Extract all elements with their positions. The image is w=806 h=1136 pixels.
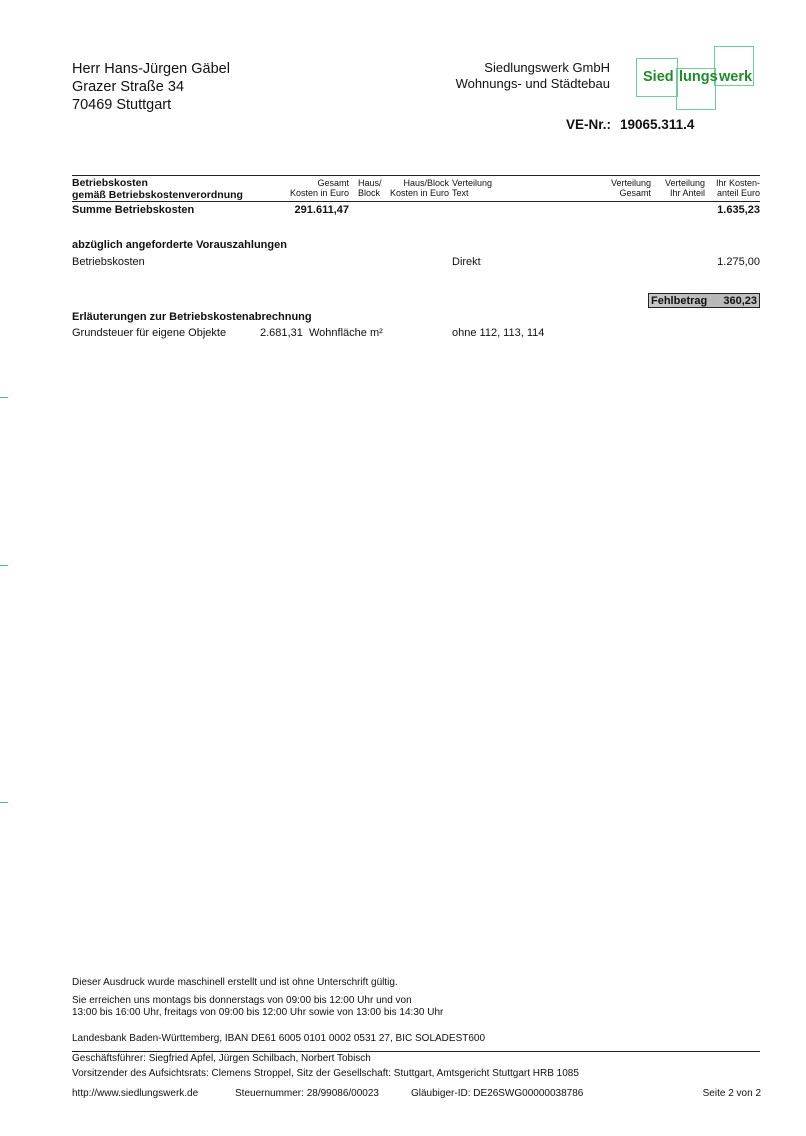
footer-website-link[interactable]: http://www.siedlungswerk.de [72,1088,198,1100]
fold-mark-bottom [0,802,8,803]
recipient-street: Grazer Straße 34 [72,78,184,96]
ve-label: VE-Nr.: [566,117,611,132]
erlaeuterung-value: 2.681,31 [260,327,303,339]
header-hausblock-line1: Haus/Block [403,178,449,189]
header-haus-line2: Block [358,188,380,199]
recipient-city: 70469 Stuttgart [72,96,171,114]
logo-part-1: Sied [643,69,679,85]
fehlbetrag-label: Fehlbetrag [651,295,707,307]
ve-value: 19065.311.4 [620,117,694,132]
header-verteilung-text-line2: Text [452,188,469,199]
footer-rule [72,1051,760,1052]
footer-notice: Dieser Ausdruck wurde maschinell erstell… [72,977,398,989]
sender-tagline: Wohnungs- und Städtebau [456,76,610,92]
summe-anteil: 1.635,23 [717,204,760,216]
footer-tax-number: Steuernummer: 28/99086/00023 [235,1088,379,1100]
header-kostenanteil-line2: anteil Euro [717,188,760,199]
header-hausblock-line2: Kosten in Euro [390,188,449,199]
summe-gesamt: 291.611,47 [295,204,349,216]
summe-label: Summe Betriebskosten [72,204,194,216]
header-gesamt-line2: Kosten in Euro [290,188,349,199]
punch-mark [0,565,8,566]
footer-hours-line2: 13:00 bis 16:00 Uhr, freitags von 09:00 … [72,1007,443,1019]
erlaeuterung-label: Grundsteuer für eigene Objekte [72,327,226,339]
footer-hours-line1: Sie erreichen uns montags bis donnerstag… [72,995,412,1007]
vorauszahlung-label: Betriebskosten [72,256,145,268]
sender-company: Siedlungswerk GmbH [484,60,610,76]
fold-mark-top [0,397,8,398]
recipient-name: Herr Hans-Jürgen Gäbel [72,60,230,78]
vorauszahlung-verteilung: Direkt [452,256,481,268]
header-verteilung-gesamt-line2: Gesamt [619,188,651,199]
fehlbetrag-value: 360,23 [723,295,757,307]
header-gesamt-line1: Gesamt [317,178,349,189]
footer-bank: Landesbank Baden-Württemberg, IBAN DE61 … [72,1033,485,1045]
header-haus-line1: Haus/ [358,178,382,189]
logo-part-3: werk [719,69,752,85]
fehlbetrag-box: Fehlbetrag 360,23 [648,293,760,308]
erlaeuterungen-title: Erläuterungen zur Betriebskostenabrechnu… [72,311,312,323]
page-number: Seite 2 von 2 [703,1088,761,1100]
footer-board: Vorsitzender des Aufsichtsrats: Clemens … [72,1068,579,1080]
footer-management: Geschäftsführer: Siegfried Apfel, Jürgen… [72,1053,371,1065]
header-verteilung-anteil-line2: Ihr Anteil [670,188,705,199]
vorauszahlungen-title: abzüglich angeforderte Vorauszahlungen [72,239,287,251]
header-kostenanteil-line1: Ihr Kosten- [716,178,760,189]
header-verteilung-text-line1: Verteilung [452,178,492,189]
erlaeuterung-note: ohne 112, 113, 114 [452,327,544,339]
header-verteilung-gesamt-line1: Verteilung [611,178,651,189]
vorauszahlung-betrag: 1.275,00 [717,256,760,268]
table-header-rule [72,201,760,202]
logo-part-2: lungs [679,69,719,85]
erlaeuterung-unit: Wohnfläche m² [309,327,383,339]
footer-creditor-id: Gläubiger-ID: DE26SWG00000038786 [411,1088,583,1100]
header-verteilung-anteil-line1: Verteilung [665,178,705,189]
ve-number: VE-Nr.:19065.311.4 [566,117,694,132]
logo-wordmark: Siedlungswerk [643,69,752,85]
table-top-rule [72,175,760,176]
